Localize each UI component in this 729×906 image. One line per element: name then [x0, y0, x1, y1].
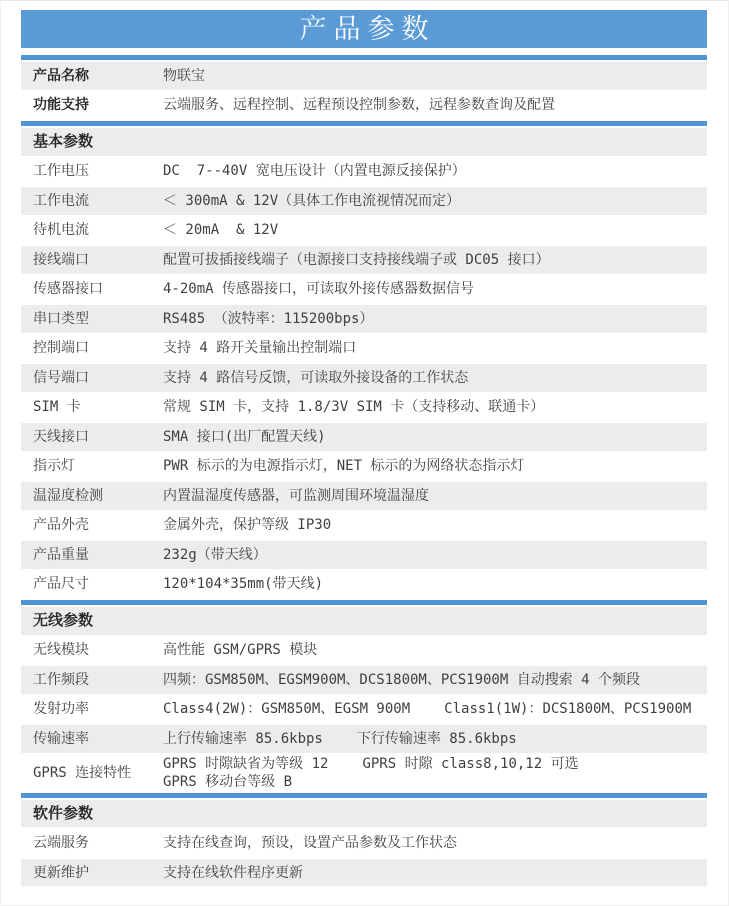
spec-row-label: 无线模块: [33, 641, 163, 659]
spec-row-label: 产品尺寸: [33, 575, 163, 593]
value-segment: 云端服务、远程控制、远程预设控制参数，远程参数查询及配置: [163, 96, 555, 114]
page-title-band: 产品参数: [21, 10, 707, 48]
spec-row-label: 传输速率: [33, 730, 163, 748]
value-segment: 金属外壳，保护等级 IP30: [163, 516, 331, 534]
spec-row: SIM 卡常规 SIM 卡，支持 1.8/3V SIM 卡（支持移动、联通卡）: [21, 394, 707, 422]
spec-row-label: 功能支持: [33, 96, 163, 114]
spec-row-value: Class4(2W)：GSM850M、EGSM 900MClass1(1W)：D…: [163, 700, 707, 718]
product-spec-sheet: 产品参数 产品名称物联宝功能支持云端服务、远程控制、远程预设控制参数，远程参数查…: [0, 0, 729, 906]
value-segment: GPRS 时隙 class8,10,12 可选: [362, 755, 578, 773]
spec-row-label: 更新维护: [33, 864, 163, 882]
spec-row-label: 控制端口: [33, 339, 163, 357]
section-heading: 软件参数: [33, 804, 93, 824]
value-segment: 支持在线软件程序更新: [163, 864, 303, 882]
value-segment: GPRS 移动台等级 B: [163, 773, 292, 791]
spec-row: 天线接口SMA 接口(出厂配置天线): [21, 423, 707, 451]
value-segment: 物联宝: [163, 67, 205, 85]
value-segment: ＜ 20mA & 12V: [163, 221, 278, 239]
value-segment: 232g（带天线）: [163, 546, 267, 564]
spec-row: 接线端口配置可拔插接线端子（电源接口支持接线端子或 DC05 接口）: [21, 246, 707, 274]
value-segment: Class4(2W)：GSM850M、EGSM 900M: [163, 700, 410, 718]
spec-row-value: 支持 4 路信号反馈，可读取外接设备的工作状态: [163, 369, 707, 387]
value-segment: GPRS 时隙缺省为等级 12: [163, 755, 328, 773]
value-segment: 支持在线查询，预设，设置产品参数及工作状态: [163, 834, 457, 852]
value-segment: ＜ 300mA & 12V（具体工作电流视情况而定）: [163, 192, 460, 210]
spec-row: 传感器接口4-20mA 传感器接口，可读取外接传感器数据信号: [21, 276, 707, 304]
spec-row: 产品名称物联宝: [21, 62, 707, 90]
spec-row-value: 支持 4 路开关量输出控制端口: [163, 339, 707, 357]
value-segment: PWR 标示的为电源指示灯，NET 标示的为网络状态指示灯: [163, 457, 524, 475]
value-segment: 四频：GSM850M、EGSM900M、DCS1800M、PCS1900M 自动…: [163, 671, 640, 689]
spec-row-value: 支持在线查询，预设，设置产品参数及工作状态: [163, 834, 707, 852]
value-segment: RS485 （波特率：115200bps）: [163, 310, 373, 328]
spec-row-label: SIM 卡: [33, 398, 163, 416]
spec-content: 产品参数 产品名称物联宝功能支持云端服务、远程控制、远程预设控制参数，远程参数查…: [21, 10, 707, 886]
spec-row: 待机电流＜ 20mA & 12V: [21, 217, 707, 245]
spec-row-value: ＜ 20mA & 12V: [163, 221, 707, 239]
spec-row-label: 指示灯: [33, 457, 163, 475]
spec-row: 信号端口支持 4 路信号反馈，可读取外接设备的工作状态: [21, 364, 707, 392]
spec-row-label: 温湿度检测: [33, 487, 163, 505]
spec-row-label: 产品外壳: [33, 516, 163, 534]
spec-row-label: 工作频段: [33, 671, 163, 689]
spec-row: 指示灯PWR 标示的为电源指示灯，NET 标示的为网络状态指示灯: [21, 453, 707, 481]
spec-row: 工作电压DC 7--40V 宽电压设计（内置电源反接保护）: [21, 158, 707, 186]
spec-row-value: 四频：GSM850M、EGSM900M、DCS1800M、PCS1900M 自动…: [163, 671, 707, 689]
spec-row-value: 配置可拔插接线端子（电源接口支持接线端子或 DC05 接口）: [163, 251, 707, 269]
header-divider: [21, 55, 707, 60]
value-segment: 上行传输速率 85.6kbps: [163, 730, 323, 748]
value-segment: 下行传输速率 85.6kbps: [357, 730, 517, 748]
spec-row-label: 发射功率: [33, 700, 163, 718]
spec-row-label: 接线端口: [33, 251, 163, 269]
spec-row: 工作频段四频：GSM850M、EGSM900M、DCS1800M、PCS1900…: [21, 666, 707, 694]
section-divider: [21, 121, 707, 126]
spec-row-label: 云端服务: [33, 834, 163, 852]
spec-row-value: 常规 SIM 卡，支持 1.8/3V SIM 卡（支持移动、联通卡）: [163, 398, 707, 416]
spec-row-value: 内置温湿度传感器，可监测周围环境温湿度: [163, 487, 707, 505]
spec-row-value: 高性能 GSM/GPRS 模块: [163, 641, 707, 659]
spec-row-value: ＜ 300mA & 12V（具体工作电流视情况而定）: [163, 192, 707, 210]
spec-row-label: 产品重量: [33, 546, 163, 564]
spec-row: 产品尺寸120*104*35mm(带天线): [21, 571, 707, 599]
spec-row: 产品重量232g（带天线）: [21, 541, 707, 569]
section-divider: [21, 600, 707, 605]
value-segment: 配置可拔插接线端子（电源接口支持接线端子或 DC05 接口）: [163, 251, 550, 269]
spec-row-value: RS485 （波特率：115200bps）: [163, 310, 707, 328]
spec-row-value: DC 7--40V 宽电压设计（内置电源反接保护）: [163, 162, 707, 180]
spec-row-label: 待机电流: [33, 221, 163, 239]
spec-row-value: 云端服务、远程控制、远程预设控制参数，远程参数查询及配置: [163, 96, 707, 114]
value-segment: 内置温湿度传感器，可监测周围环境温湿度: [163, 487, 429, 505]
spec-row: 控制端口支持 4 路开关量输出控制端口: [21, 335, 707, 363]
spec-row-value: 232g（带天线）: [163, 546, 707, 564]
section-heading-row: 软件参数: [21, 800, 707, 828]
spec-row: 无线模块高性能 GSM/GPRS 模块: [21, 637, 707, 665]
spec-row: 工作电流＜ 300mA & 12V（具体工作电流视情况而定）: [21, 187, 707, 215]
spec-row-label: 天线接口: [33, 428, 163, 446]
value-segment: SMA 接口(出厂配置天线): [163, 428, 326, 446]
spec-row: 串口类型RS485 （波特率：115200bps）: [21, 305, 707, 333]
value-segment: 常规 SIM 卡，支持 1.8/3V SIM 卡（支持移动、联通卡）: [163, 398, 544, 416]
spec-row-label: GPRS 连接特性: [33, 764, 163, 782]
spec-row-value: 支持在线软件程序更新: [163, 864, 707, 882]
value-segment: DC 7--40V 宽电压设计（内置电源反接保护）: [163, 162, 466, 180]
section-heading: 基本参数: [33, 132, 93, 152]
spec-row-label: 传感器接口: [33, 280, 163, 298]
spec-row-value: PWR 标示的为电源指示灯，NET 标示的为网络状态指示灯: [163, 457, 707, 475]
spec-row-label: 产品名称: [33, 67, 163, 85]
spec-row: 发射功率Class4(2W)：GSM850M、EGSM 900MClass1(1…: [21, 696, 707, 724]
value-segment: Class1(1W)：DCS1800M、PCS1900M: [444, 700, 691, 718]
spec-row: GPRS 连接特性GPRS 时隙缺省为等级 12GPRS 时隙 class8,1…: [21, 755, 707, 791]
spec-row-value: 物联宝: [163, 67, 707, 85]
spec-row: 传输速率上行传输速率 85.6kbps下行传输速率 85.6kbps: [21, 725, 707, 753]
spec-row: 更新维护支持在线软件程序更新: [21, 859, 707, 887]
spec-row-label: 串口类型: [33, 310, 163, 328]
section-heading-row: 无线参数: [21, 607, 707, 635]
spec-row: 功能支持云端服务、远程控制、远程预设控制参数，远程参数查询及配置: [21, 92, 707, 120]
section-heading: 无线参数: [33, 611, 93, 631]
spec-row: 云端服务支持在线查询，预设，设置产品参数及工作状态: [21, 829, 707, 857]
spec-row-value: GPRS 时隙缺省为等级 12GPRS 时隙 class8,10,12 可选GP…: [163, 755, 707, 791]
value-segment: 4-20mA 传感器接口，可读取外接传感器数据信号: [163, 280, 474, 298]
spec-row-value: SMA 接口(出厂配置天线): [163, 428, 707, 446]
spec-row-label: 工作电压: [33, 162, 163, 180]
value-segment: 支持 4 路信号反馈，可读取外接设备的工作状态: [163, 369, 468, 387]
page-title: 产品参数: [293, 16, 436, 43]
spec-row-label: 信号端口: [33, 369, 163, 387]
spec-table: 产品名称物联宝功能支持云端服务、远程控制、远程预设控制参数，远程参数查询及配置基…: [21, 62, 707, 886]
spec-row-value: 120*104*35mm(带天线): [163, 575, 707, 593]
spec-row-value: 4-20mA 传感器接口，可读取外接传感器数据信号: [163, 280, 707, 298]
spec-row-value: 上行传输速率 85.6kbps下行传输速率 85.6kbps: [163, 730, 707, 748]
section-heading-row: 基本参数: [21, 128, 707, 156]
section-divider: [21, 793, 707, 798]
spec-row: 温湿度检测内置温湿度传感器，可监测周围环境温湿度: [21, 482, 707, 510]
spec-row-value: 金属外壳，保护等级 IP30: [163, 516, 707, 534]
value-segment: 120*104*35mm(带天线): [163, 575, 323, 593]
spec-row: 产品外壳金属外壳，保护等级 IP30: [21, 512, 707, 540]
value-segment: 高性能 GSM/GPRS 模块: [163, 641, 317, 659]
spec-row-label: 工作电流: [33, 192, 163, 210]
value-segment: 支持 4 路开关量输出控制端口: [163, 339, 356, 357]
